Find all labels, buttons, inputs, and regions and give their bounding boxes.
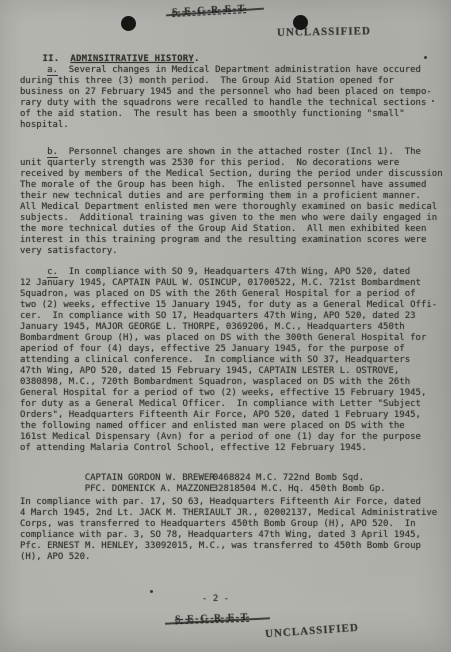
- unclassified-stamp-top: UNCLASSIFIED: [277, 25, 371, 39]
- paragraph-a-letter-underline: [47, 75, 58, 76]
- paragraph-b-letter-underline: [47, 157, 58, 158]
- roster-serial: 32818504 M.C.: [213, 484, 283, 494]
- paragraph-c-letter-underline: [47, 277, 58, 278]
- scan-speck: [424, 56, 427, 59]
- roster-name: PFC. DOMENICK A. MAZZONE: [85, 484, 213, 495]
- section-period: .: [194, 54, 200, 64]
- roster-unit: Hq. 450th Bomb Gp.: [288, 484, 386, 494]
- paragraph-c: c. In compliance with SO 9, Headquarters…: [20, 267, 437, 454]
- punch-hole-left: [121, 16, 136, 31]
- paragraph-closing: In compliance with par. 17, SO 63, Headq…: [20, 497, 437, 563]
- scan-speck: [432, 100, 434, 102]
- section-title: ADMINSITRATIVE HISTORY: [70, 54, 194, 64]
- scanned-document-page: S E C R E T UNCLASSIFIED II.ADMINSITRATI…: [0, 0, 451, 652]
- paragraph-a: a. Several changes in Medical Department…: [20, 65, 432, 131]
- page-number: - 2 -: [202, 594, 229, 605]
- unclassified-stamp-bottom: UNCLASSIFIED: [265, 622, 360, 641]
- paragraph-b: b. Personnel changes are shown in the at…: [20, 147, 443, 257]
- scan-speck: [150, 590, 153, 593]
- section-number: II.: [42, 54, 59, 64]
